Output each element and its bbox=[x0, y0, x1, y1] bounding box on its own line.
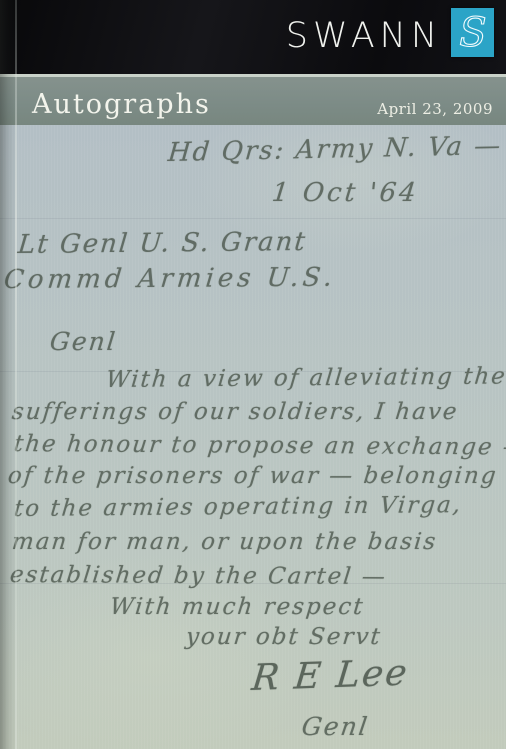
letter-line: Commd Armies U.S. bbox=[3, 263, 338, 295]
catalog-cover: SWANN S Autographs April 23, 2009 Hd Qrs… bbox=[0, 0, 506, 749]
swann-logo: S bbox=[451, 8, 494, 57]
letter-line: established by the Cartel — bbox=[9, 562, 389, 590]
brand-logotype: SWANN bbox=[286, 16, 442, 56]
spine-crease bbox=[15, 0, 17, 749]
letter-line: Hd Qrs: Army N. Va — bbox=[167, 131, 504, 168]
letter-line: Genl bbox=[48, 327, 118, 356]
title-band: Autographs April 23, 2009 bbox=[0, 77, 506, 125]
letter-line: of the prisoners of war — belonging bbox=[7, 463, 499, 489]
swan-s-icon: S bbox=[451, 8, 494, 57]
header-band: SWANN S bbox=[0, 0, 506, 74]
svg-text:S: S bbox=[459, 10, 486, 56]
letter-line: to the armies operating in Virga, bbox=[13, 492, 464, 522]
letter-photo: Hd Qrs: Army N. Va —1 Oct '64Lt Genl U. … bbox=[0, 125, 506, 749]
letter-line: With much respect bbox=[109, 594, 366, 620]
letter-line: sufferings of our soldiers, I have bbox=[11, 399, 460, 425]
letter-line: the honour to propose an exchange — bbox=[13, 431, 506, 461]
letter-line: R E Lee bbox=[250, 652, 411, 699]
handwritten-letter: Hd Qrs: Army N. Va —1 Oct '64Lt Genl U. … bbox=[0, 125, 506, 749]
letter-line: With a view of alleviating the bbox=[105, 363, 506, 393]
letter-line: your obt Servt bbox=[185, 624, 383, 650]
letter-line: 1 Oct '64 bbox=[270, 178, 420, 208]
letter-line: man for man, or upon the basis bbox=[11, 529, 439, 555]
catalog-date: April 23, 2009 bbox=[377, 100, 493, 118]
letter-line: Lt Genl U. S. Grant bbox=[17, 227, 309, 260]
catalog-title: Autographs bbox=[32, 89, 211, 120]
letter-line: Genl bbox=[300, 712, 371, 741]
